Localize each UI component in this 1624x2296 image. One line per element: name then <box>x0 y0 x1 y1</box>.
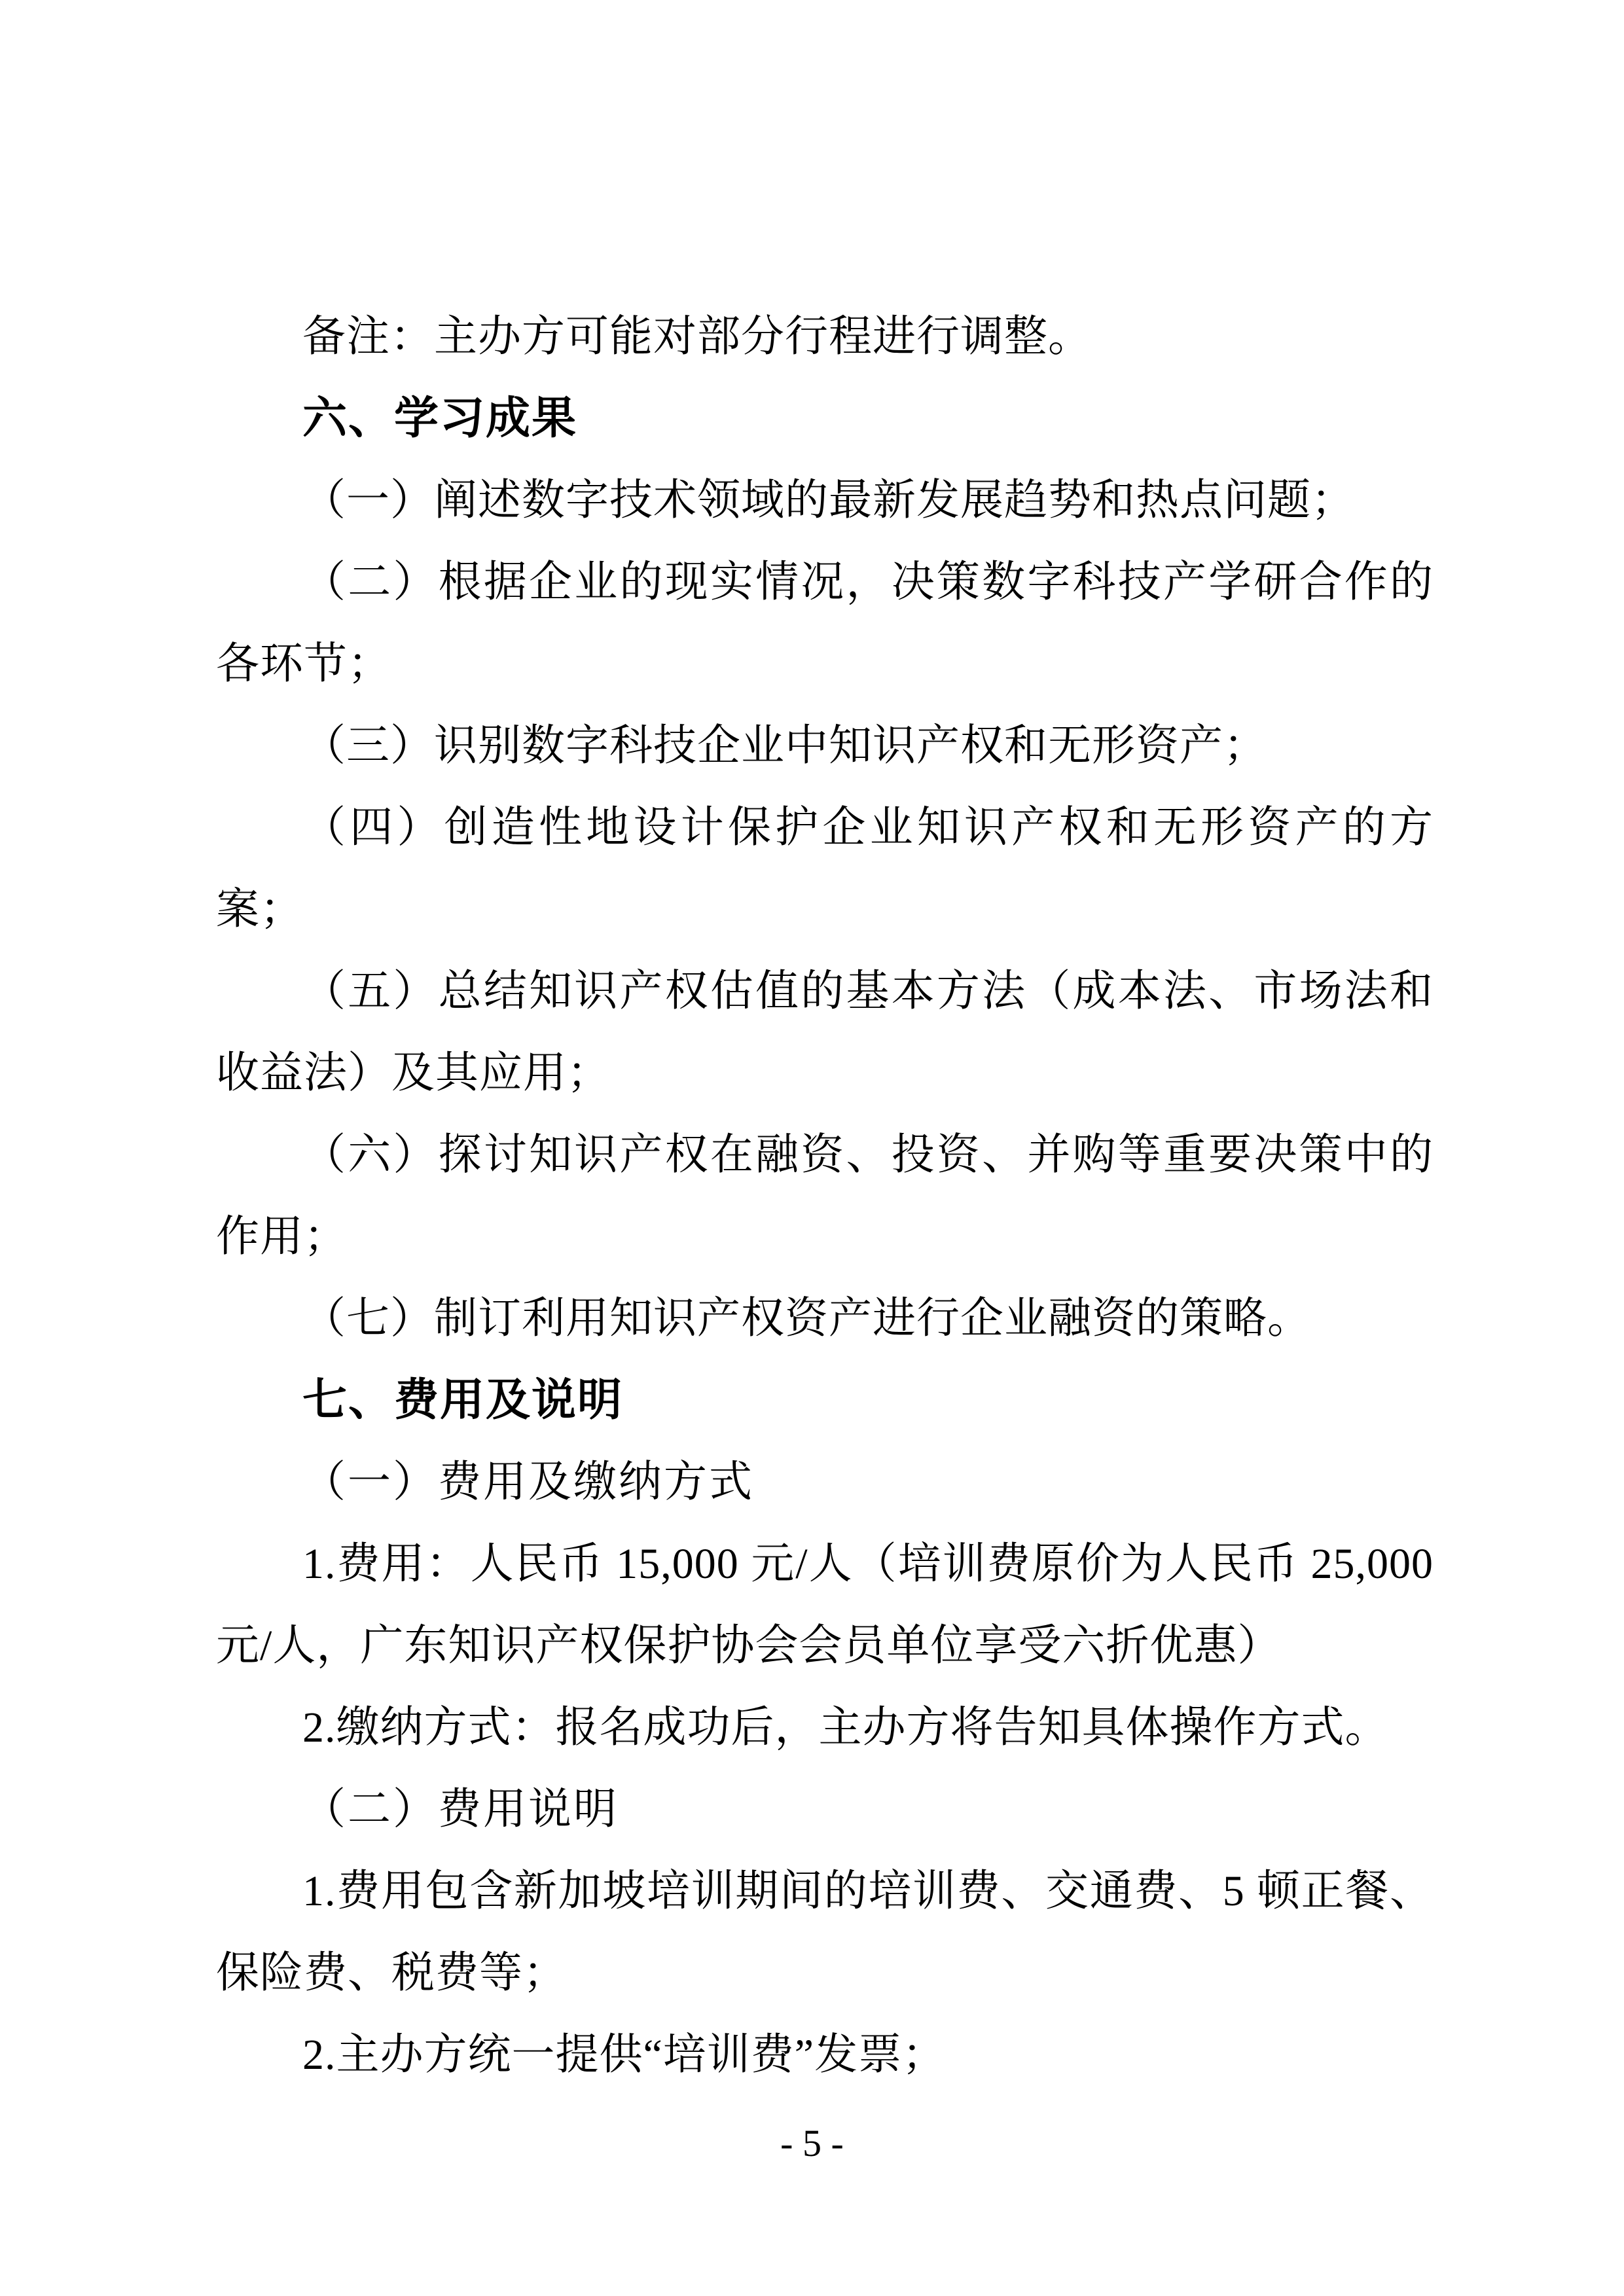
page-number: - 5 - <box>780 2122 844 2164</box>
fee-paragraph: 1.费用：人民币 15,000 元/人（培训费原价为人民币 25,000 元/人… <box>216 1523 1434 1687</box>
list-item-7: （七）制订利用知识产权资产进行企业融资的策略。 <box>216 1278 1434 1359</box>
subsection-heading-1: （一）费用及缴纳方式 <box>216 1441 1434 1523</box>
list-item-2: （二）根据企业的现实情况，决策数字科技产学研合作的各环节； <box>216 541 1434 705</box>
fee-include-paragraph: 1.费用包含新加坡培训期间的培训费、交通费、5 顿正餐、保险费、税费等； <box>216 1850 1434 2014</box>
section-heading-7: 七、费用及说明 <box>216 1359 1434 1441</box>
page-footer: - 5 - <box>0 2123 1624 2164</box>
list-item-1: （一）阐述数字技术领域的最新发展趋势和热点问题； <box>216 459 1434 541</box>
section-heading-6: 六、学习成果 <box>216 378 1434 459</box>
list-item-3: （三）识别数字科技企业中知识产权和无形资产； <box>216 705 1434 787</box>
subsection-heading-2: （二）费用说明 <box>216 1768 1434 1850</box>
invoice-paragraph: 2.主办方统一提供“培训费”发票； <box>216 2014 1434 2096</box>
payment-paragraph: 2.缴纳方式：报名成功后，主办方将告知具体操作方式。 <box>216 1687 1434 1768</box>
list-item-4: （四）创造性地设计保护企业知识产权和无形资产的方案； <box>216 787 1434 950</box>
list-item-6: （六）探讨知识产权在融资、投资、并购等重要决策中的作用； <box>216 1114 1434 1278</box>
list-item-5: （五）总结知识产权估值的基本方法（成本法、市场法和收益法）及其应用； <box>216 950 1434 1114</box>
document-body: 备注：主办方可能对部分行程进行调整。六、学习成果（一）阐述数字技术领域的最新发展… <box>216 296 1434 2096</box>
note-paragraph: 备注：主办方可能对部分行程进行调整。 <box>216 296 1434 378</box>
document-page: 备注：主办方可能对部分行程进行调整。六、学习成果（一）阐述数字技术领域的最新发展… <box>0 0 1624 2296</box>
